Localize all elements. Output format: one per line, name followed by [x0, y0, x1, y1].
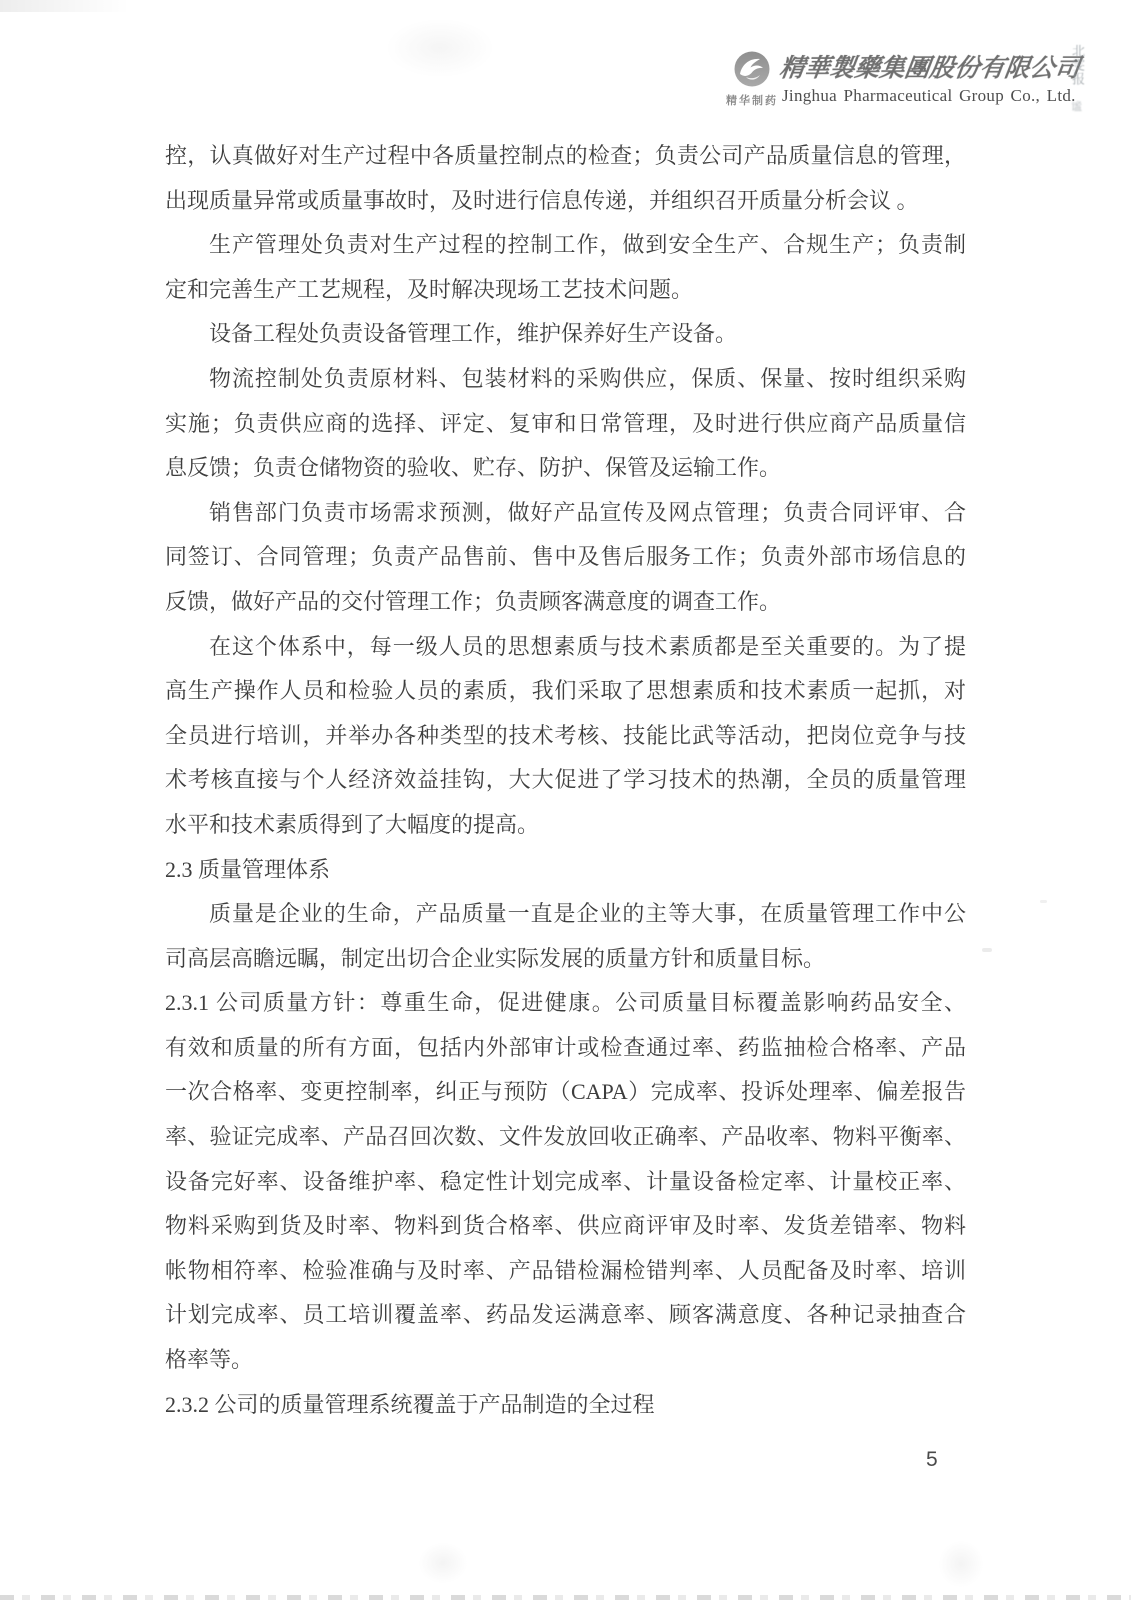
text-line: 有效和质量的所有方面，包括内外部审计或检查通过率、药监抽检合格率、产品: [165, 1026, 966, 1071]
text-line: 在这个体系中，每一级人员的思想素质与技术素质都是至关重要的。为了提: [165, 625, 966, 670]
document-body: 控，认真做好对生产过程中各质量控制点的检查；负责公司产品质量信息的管理，出现质量…: [165, 134, 966, 1427]
text-line: 设备完好率、设备维护率、稳定性计划完成率、计量设备检定率、计量校正率、: [165, 1160, 966, 1205]
page-number: 5: [926, 1448, 938, 1472]
letterhead: 精华制药 精華製藥集團股份有限公司 Jinghua Pharmaceutical…: [0, 0, 1131, 130]
text-line: 设备工程处负责设备管理工作，维护保养好生产设备。: [165, 312, 966, 357]
text-line: 生产管理处负责对生产过程的控制工作，做到安全生产、合规生产；负责制: [165, 223, 966, 268]
text-line: 司高层高瞻远瞩，制定出切合企业实际发展的质量方针和质量目标。: [165, 937, 966, 982]
text-line: 同签订、合同管理；负责产品售前、售中及售后服务工作；负责外部市场信息的: [165, 535, 966, 580]
company-name-english: Jinghua Pharmaceutical Group Co., Ltd.: [782, 86, 1062, 106]
text-line: 息反馈；负责仓储物资的验收、贮存、防护、保管及运输工作。: [165, 446, 966, 491]
text-line: 水平和技术素质得到了大幅度的提高。: [165, 803, 966, 848]
text-line: 计划完成率、员工培训覆盖率、药品发运满意率、顾客满意度、各种记录抽查合: [165, 1293, 966, 1338]
scan-artifact-edge: [0, 1595, 1131, 1600]
text-line: 术考核直接与个人经济效益挂钩，大大促进了学习技术的热潮，全员的质量管理: [165, 758, 966, 803]
logo-caption: 精华制药: [722, 92, 782, 108]
text-line: 帐物相符率、检验准确与及时率、产品错检漏检错判率、人员配备及时率、培训: [165, 1249, 966, 1294]
text-line: 2.3 质量管理体系: [165, 848, 966, 893]
text-line: 2.3.1 公司质量方针：尊重生命，促进健康。公司质量目标覆盖影响药品安全、: [165, 981, 966, 1026]
text-line: 实施；负责供应商的选择、评定、复审和日常管理，及时进行供应商产品质量信: [165, 402, 966, 447]
text-line: 一次合格率、变更控制率，纠正与预防（CAPA）完成率、投诉处理率、偏差报告: [165, 1070, 966, 1115]
text-line: 高生产操作人员和检验人员的素质，我们采取了思想素质和技术素质一起抓，对: [165, 669, 966, 714]
company-name-chinese: 精華製藥集團股份有限公司: [777, 48, 1082, 84]
text-line: 控，认真做好对生产过程中各质量控制点的检查；负责公司产品质量信息的管理，: [165, 134, 966, 179]
handwritten-stamp: 谧: [1071, 98, 1082, 114]
company-logo: 精华制药: [722, 50, 782, 108]
scan-artifact-smudge: [938, 1540, 984, 1588]
text-line: 率、验证完成率、产品召回次数、文件发放回收正确率、产品收率、物料平衡率、: [165, 1115, 966, 1160]
text-line: 格率等。: [165, 1338, 966, 1383]
text-line: 物流控制处负责原材料、包装材料的采购供应，保质、保量、按时组织采购: [165, 357, 966, 402]
scan-artifact-speck: [1040, 900, 1047, 903]
text-line: 质量是企业的生命，产品质量一直是企业的主等大事，在质量管理工作中公: [165, 892, 966, 937]
text-line: 2.3.2 公司的质量管理系统覆盖于产品制造的全过程: [165, 1383, 966, 1428]
scan-artifact-speck: [982, 948, 992, 952]
text-line: 全员进行培训，并举办各种类型的技术考核、技能比武等活动，把岗位竞争与技: [165, 714, 966, 759]
text-line: 反馈，做好产品的交付管理工作；负责顾客满意度的调查工作。: [165, 580, 966, 625]
text-line: 出现质量异常或质量事故时，及时进行信息传递，并组织召开质量分析会议 。: [165, 179, 966, 224]
scan-artifact-smudge: [418, 1542, 468, 1584]
document-page: 精华制药 精華製藥集團股份有限公司 Jinghua Pharmaceutical…: [0, 0, 1131, 1600]
text-line: 销售部门负责市场需求预测，做好产品宣传及网点管理；负责合同评审、合: [165, 491, 966, 536]
text-line: 物料采购到货及时率、物料到货合格率、供应商评审及时率、发货差错率、物料: [165, 1204, 966, 1249]
text-line: 定和完善生产工艺规程，及时解决现场工艺技术问题。: [165, 268, 966, 313]
logo-bird-icon: [733, 50, 771, 88]
